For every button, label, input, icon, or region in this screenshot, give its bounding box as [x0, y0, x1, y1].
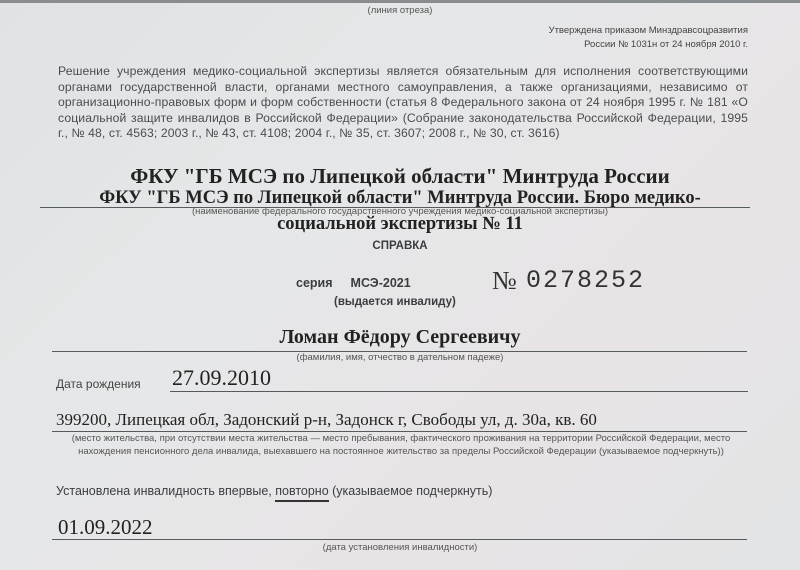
legal-notice: Решение учреждения медико-социальной экс… — [58, 64, 748, 142]
dob-value: 27.09.2010 — [172, 365, 271, 391]
page-top-edge — [0, 0, 800, 3]
disability-prefix: Установлена инвалидность впервые, — [56, 484, 275, 498]
cut-line-label: (линия отреза) — [0, 5, 800, 16]
certificate-title: СПРАВКА — [0, 240, 800, 252]
person-full-name: Ломан Фёдору Сергеевичу — [0, 326, 800, 349]
disability-suffix: (указываемое подчеркнуть) — [329, 484, 493, 498]
approval-line-2: России № 1031н от 24 ноября 2010 г. — [549, 38, 748, 52]
certificate-number: 0278252 — [526, 266, 645, 295]
institution-header: ФКУ "ГБ МСЭ по Липецкой области" Минтруд… — [0, 164, 800, 189]
approval-note: Утверждена приказом Минздравсоцразвития … — [549, 24, 748, 52]
approval-line-1: Утверждена приказом Минздравсоцразвития — [549, 24, 748, 38]
disability-date-underline — [52, 539, 747, 540]
certificate-series: серияМСЭ-2021 — [296, 276, 411, 290]
number-symbol: № — [492, 266, 517, 296]
disability-date-caption: (дата установления инвалидности) — [0, 542, 800, 553]
series-value: МСЭ-2021 — [351, 276, 411, 290]
disability-status-line: Установлена инвалидность впервые, повтор… — [56, 484, 492, 498]
address-value: 399200, Липецкая обл, Задонский р-н, Зад… — [56, 410, 597, 430]
dob-label: Дата рождения — [56, 377, 141, 391]
address-caption: (место жительства, при отсутствии места … — [56, 432, 746, 458]
issued-to-note: (выдается инвалиду) — [334, 296, 456, 308]
dob-underline — [170, 391, 748, 392]
disability-date-value: 01.09.2022 — [58, 515, 153, 540]
disability-repeat-underlined: повторно — [275, 484, 328, 502]
institution-name-line-2: социальной экспертизы № 11 — [0, 214, 800, 235]
name-caption: (фамилия, имя, отчество в дательном паде… — [0, 352, 800, 363]
series-label: серия — [296, 276, 333, 290]
